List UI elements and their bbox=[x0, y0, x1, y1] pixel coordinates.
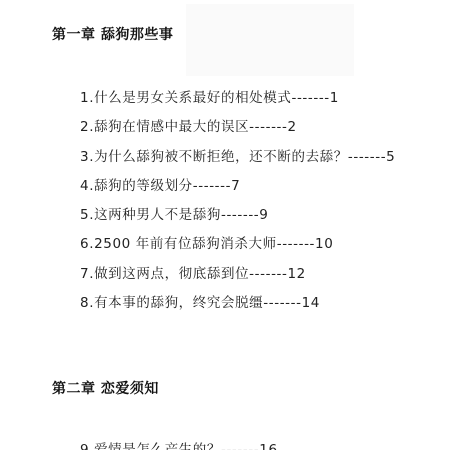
chapter-1-title: 第一章 舔狗那些事 bbox=[52, 24, 173, 44]
faint-watermark-area bbox=[186, 4, 354, 76]
toc-item-6: 6.2500 年前有位舔狗消杀大师-------10 bbox=[80, 232, 333, 252]
toc-item-2: 2.舔狗在情感中最大的误区-------2 bbox=[80, 115, 297, 135]
chapter-2-title: 第二章 恋爱须知 bbox=[52, 378, 159, 398]
toc-item-7: 7.做到这两点，彻底舔到位-------12 bbox=[80, 262, 306, 282]
toc-item-9: 9.爱情是怎么产生的？-------16 bbox=[80, 438, 278, 450]
document-page: 第一章 舔狗那些事 1.什么是男女关系最好的相处模式-------1 2.舔狗在… bbox=[0, 0, 458, 450]
toc-item-3: 3.为什么舔狗被不断拒绝，还不断的去舔？-------5 bbox=[80, 145, 395, 165]
toc-item-8: 8.有本事的舔狗，终究会脱缰-------14 bbox=[80, 291, 320, 311]
toc-item-1: 1.什么是男女关系最好的相处模式-------1 bbox=[80, 86, 339, 106]
toc-item-4: 4.舔狗的等级划分-------7 bbox=[80, 174, 240, 194]
toc-item-5: 5.这两种男人不是舔狗-------9 bbox=[80, 203, 268, 223]
